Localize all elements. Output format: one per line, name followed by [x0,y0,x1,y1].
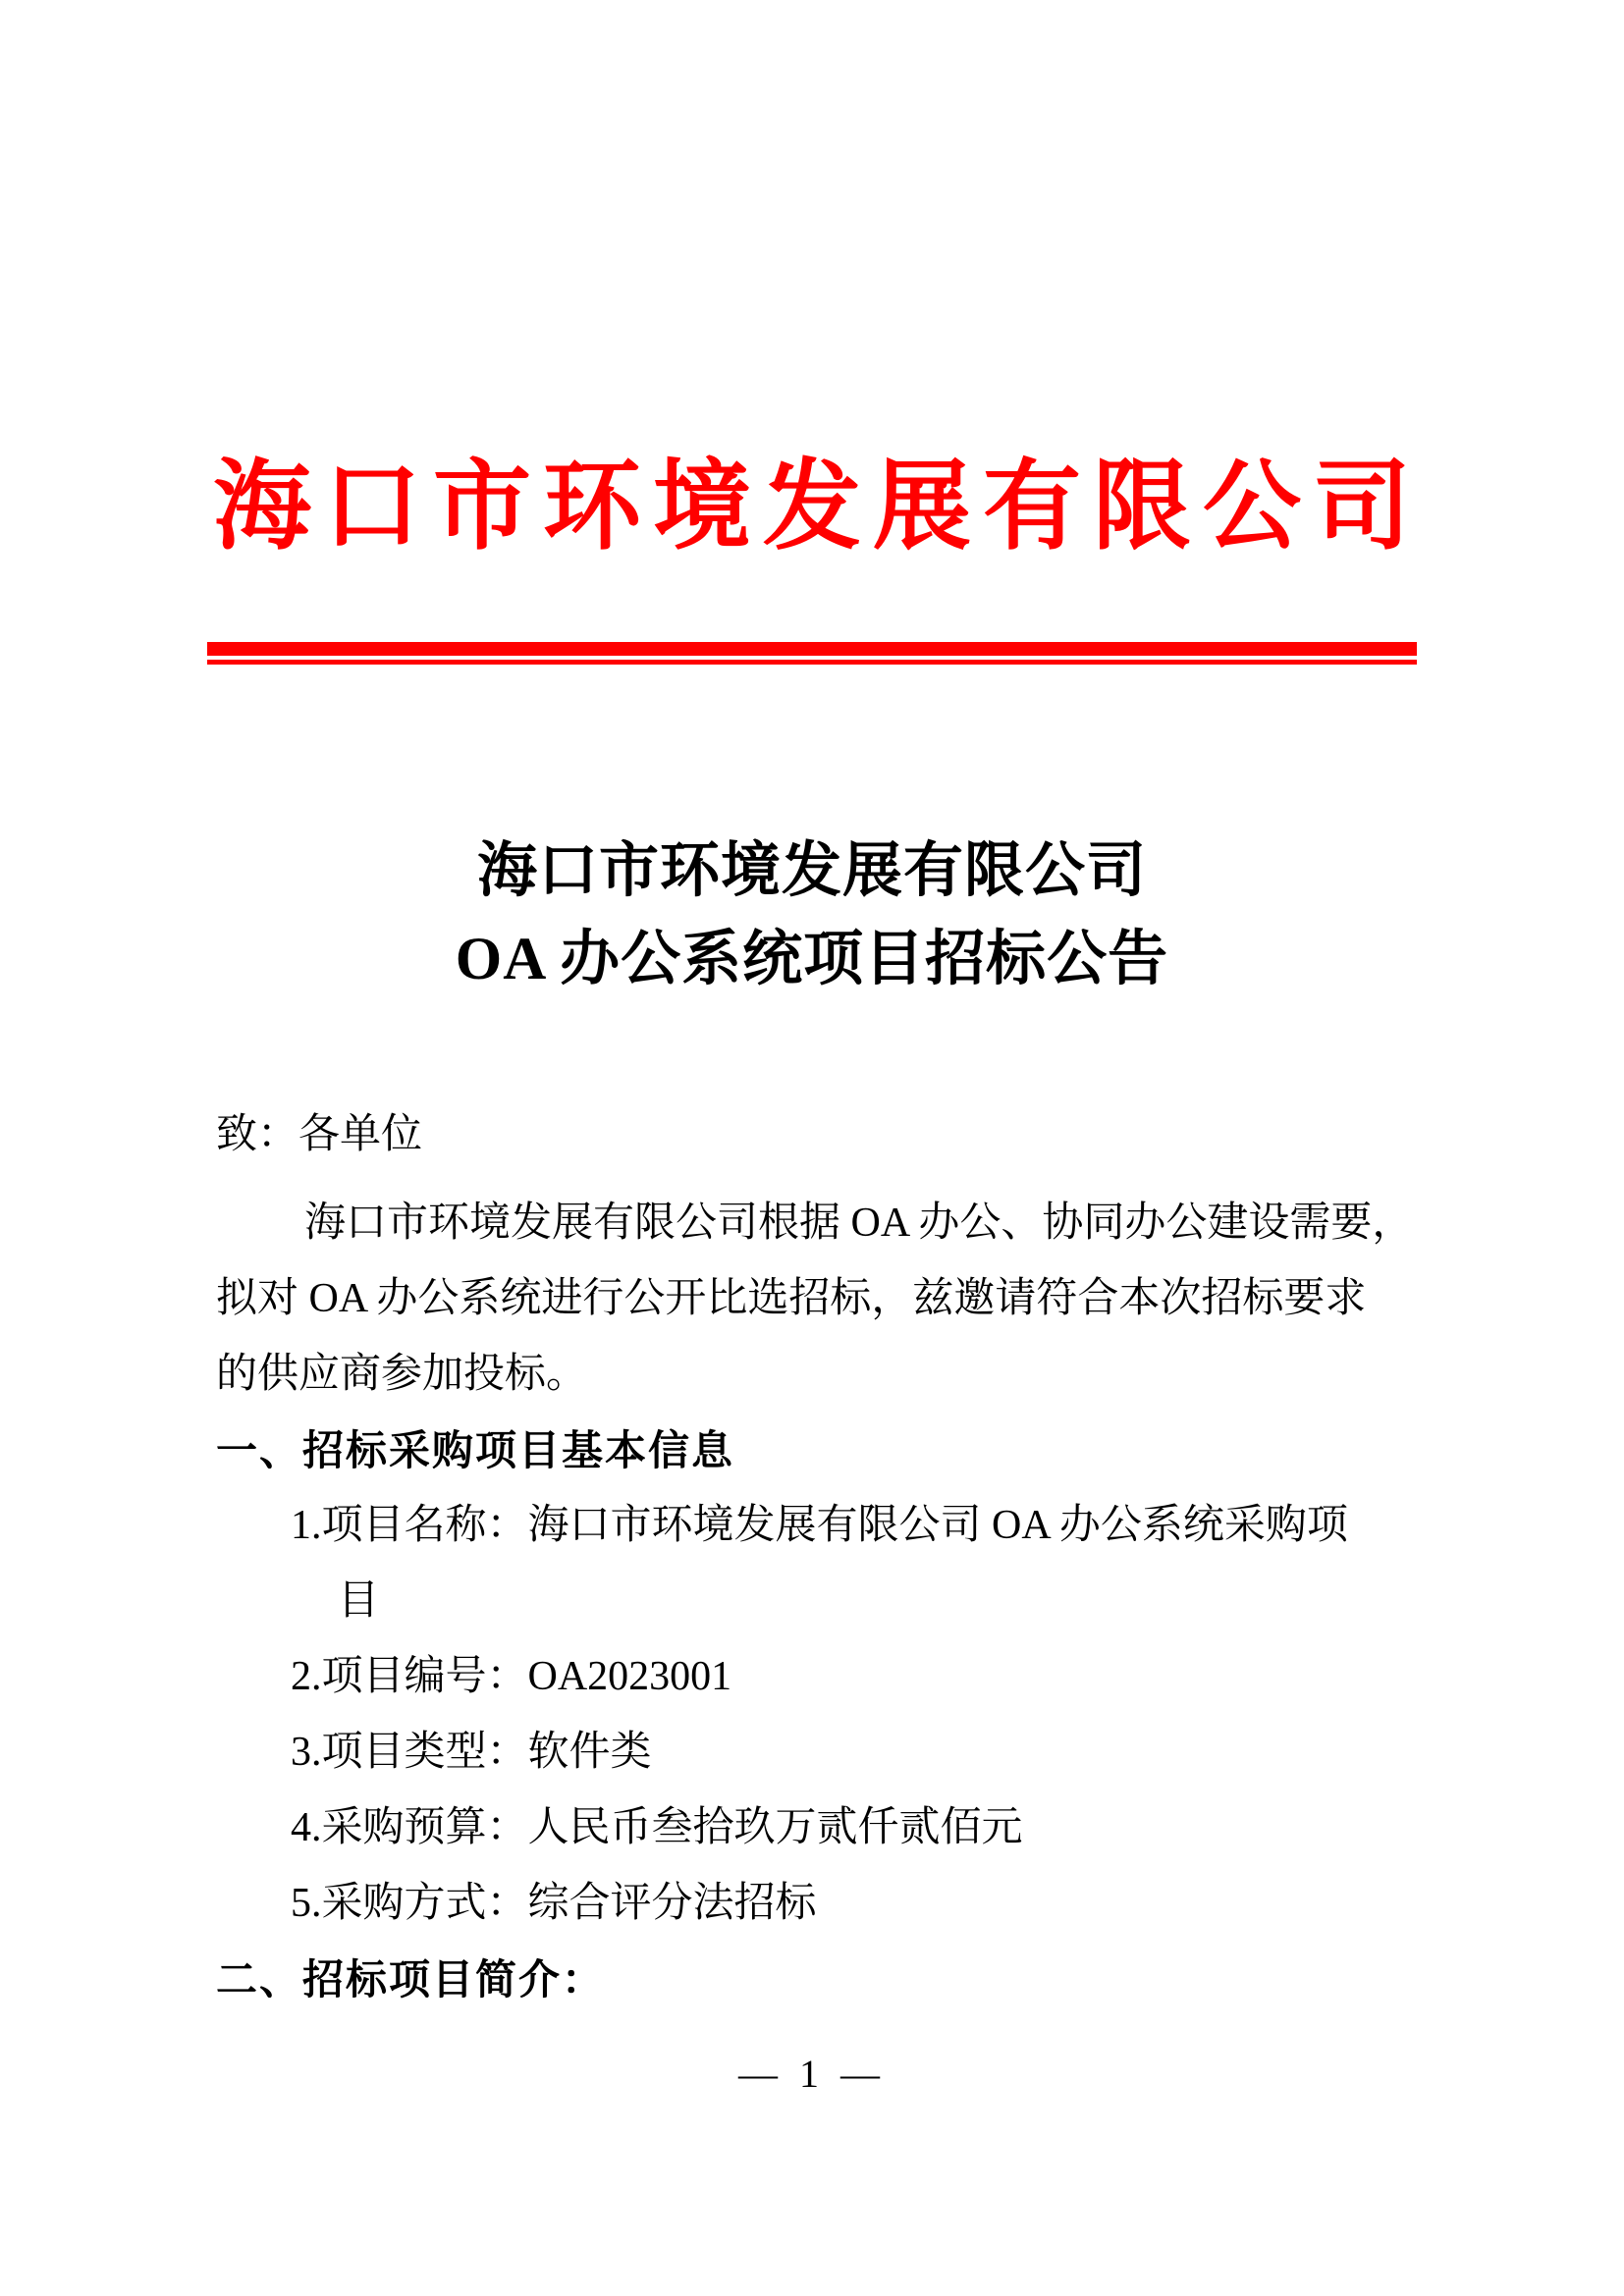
page-number: — 1 — [738,2052,886,2096]
intro-paragraph-line-1: 海口市环境发展有限公司根据 OA 办公、协同办公建设需要， [216,1186,1434,1261]
letterhead-company-name: 海口市环境发展有限公司 [0,444,1624,571]
page-footer: — 1 — [0,2050,1624,2099]
document-page: 海口市环境发展有限公司 海口市环境发展有限公司 OA 办公系统项目招标公告 致：… [0,0,1624,2296]
document-title-line2: OA 办公系统项目招标公告 [0,916,1624,1004]
intro-paragraph-line-3: 的供应商参加投标。 [216,1337,1434,1413]
list-item-procurement-method: 5.采购方式：综合评分法招标 [216,1866,1434,1942]
list-item-project-number: 2.项目编号：OA2023001 [216,1639,1434,1715]
section1-heading: 一、招标采购项目基本信息 [216,1413,1434,1488]
letterhead-rule-thick [207,642,1417,656]
list-item-procurement-budget: 4.采购预算：人民币叁拾玖万贰仟贰佰元 [216,1790,1434,1866]
document-title: 海口市环境发展有限公司 OA 办公系统项目招标公告 [0,828,1624,1004]
list-item-project-type: 3.项目类型：软件类 [216,1715,1434,1790]
list-item-project-name-continuation: 目 [216,1564,1434,1639]
document-body: 致：各单位 海口市环境发展有限公司根据 OA 办公、协同办公建设需要， 拟对 O… [216,1097,1434,2017]
list-item-project-name: 1.项目名称：海口市环境发展有限公司 OA 办公系统采购项 [216,1488,1434,1564]
letterhead-rule-thin [207,660,1417,665]
section2-heading: 二、招标项目简介： [216,1942,1434,2017]
document-title-line1: 海口市环境发展有限公司 [0,828,1624,916]
intro-paragraph-line-2: 拟对 OA 办公系统进行公开比选招标，兹邀请符合本次招标要求 [216,1261,1434,1337]
salutation-line: 致：各单位 [216,1097,1434,1173]
